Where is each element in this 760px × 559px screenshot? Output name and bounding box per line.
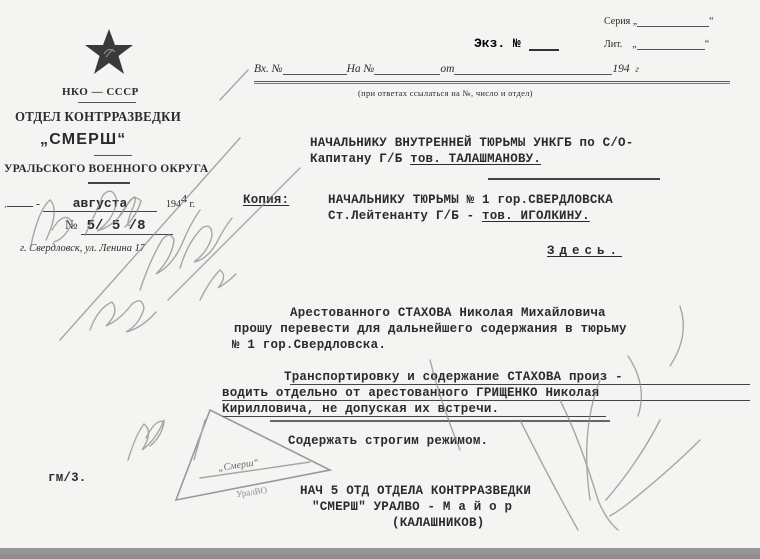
letter-number-value: 5/ 5 /8 bbox=[81, 218, 173, 235]
body-p1-line1: Арестованного СТАХОВА Николая Михайлович… bbox=[290, 306, 606, 320]
copy-line-1: НАЧАЛЬНИКУ ТЮРЬМЫ № 1 гор.СВЕРДЛОВСКА bbox=[328, 193, 613, 207]
addressee-name: тов. ТАЛАШМАНОВУ. bbox=[410, 152, 541, 166]
lit-field: Лит. „“ bbox=[604, 39, 709, 50]
copy-addressee-name: тов. ИГОЛКИНУ. bbox=[482, 209, 590, 223]
letter-number: № 5/ 5 /8 bbox=[65, 217, 173, 235]
org-top: НКО — СССР bbox=[62, 86, 139, 98]
stamp-sublabel: УралВО bbox=[235, 485, 267, 499]
sender-address: г. Свердловск, ул. Ленина 17 bbox=[20, 243, 145, 254]
divider bbox=[488, 178, 660, 180]
addressee-line-2: Капитану Г/Б тов. ТАЛАШМАНОВУ. bbox=[310, 152, 541, 166]
divider bbox=[94, 155, 132, 156]
divider bbox=[78, 102, 136, 103]
location-note: Здесь. bbox=[547, 244, 622, 258]
red-star-icon bbox=[84, 28, 134, 76]
signature-line-2: "СМЕРШ" УРАЛВО - М а й о р bbox=[312, 500, 512, 514]
underline bbox=[222, 416, 606, 417]
signature-line-3: (КАЛАШНИКОВ) bbox=[392, 516, 484, 530]
series-field: Серия „“ bbox=[604, 16, 714, 27]
body-p2-line2: водить отдельно от арестованного ГРИЩЕНК… bbox=[222, 386, 599, 400]
date-year: 1944 г. bbox=[166, 199, 195, 210]
copy-line-2: Ст.Лейтенанту Г/Б - тов. ИГОЛКИНУ. bbox=[328, 209, 590, 223]
document-page: НКО — СССР ОТДЕЛ КОНТРРАЗВЕДКИ „СМЕРШ“ У… bbox=[0, 0, 760, 548]
body-p1-line2: прошу перевести для дальнейшего содержан… bbox=[234, 322, 627, 336]
divider bbox=[88, 182, 130, 184]
department-name: ОТДЕЛ КОНТРРАЗВЕДКИ bbox=[15, 110, 181, 126]
stamp-label: „Смерш“ bbox=[217, 457, 259, 474]
reference-initials: гм/3. bbox=[48, 471, 87, 485]
divider bbox=[254, 81, 730, 82]
unit-name: „СМЕРШ“ bbox=[40, 131, 127, 149]
addressee-line-1: НАЧАЛЬНИКУ ВНУТРЕННЕЙ ТЮРЬМЫ УНКГБ по С/… bbox=[310, 136, 633, 150]
date-month: августа bbox=[43, 196, 157, 212]
copy-label: Копия: bbox=[243, 193, 289, 207]
date-day bbox=[7, 206, 33, 207]
signature-line-1: НАЧ 5 ОТД ОТДЕЛА КОНТРРАЗВЕДКИ bbox=[300, 484, 531, 498]
body-p2-line1: Транспортировку и содержание СТАХОВА про… bbox=[284, 370, 623, 384]
copy-number-field: Экз. № bbox=[474, 36, 559, 51]
underline bbox=[222, 400, 750, 401]
body-p3: Содержать строгим режимом. bbox=[288, 434, 488, 448]
district-name: УРАЛЬСКОГО ВОЕННОГО ОКРУГА bbox=[4, 163, 208, 175]
reply-note: (при ответах ссылаться на №, число и отд… bbox=[358, 88, 533, 98]
letter-date: . - августа 1944 г. bbox=[4, 192, 195, 212]
divider bbox=[254, 83, 730, 84]
underline bbox=[290, 384, 750, 385]
scan-edge bbox=[0, 548, 760, 559]
body-p1-line3: № 1 гор.Свердловска. bbox=[232, 338, 386, 352]
body-p2-line3: Кирилловича, не допуская их встречи. bbox=[222, 402, 499, 416]
underline bbox=[270, 420, 610, 422]
incoming-ref-line: Вх. №На №от194 г bbox=[254, 63, 639, 75]
